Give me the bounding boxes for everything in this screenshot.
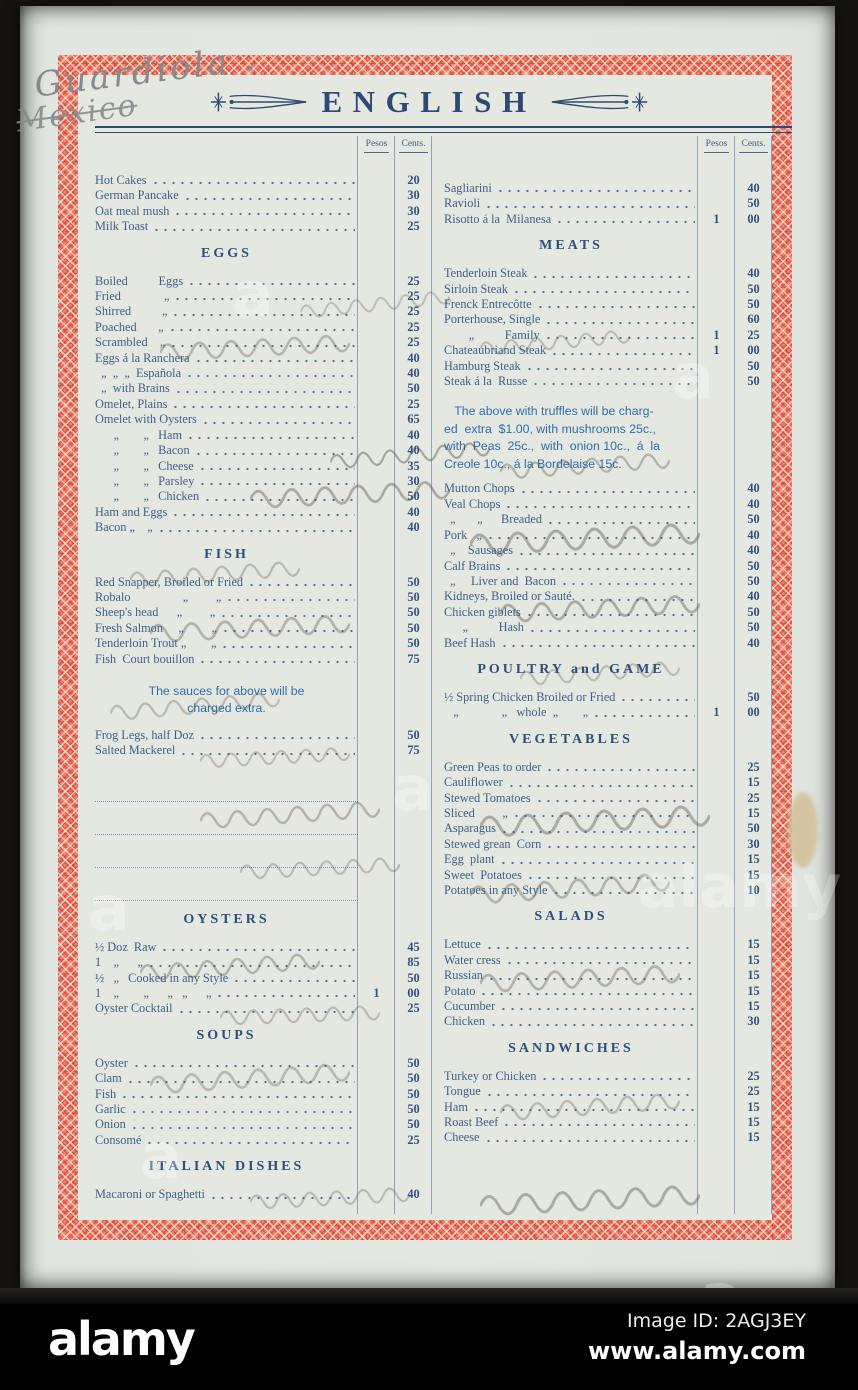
- item-price-cents: 20: [395, 173, 432, 188]
- section-heading: ITALIAN DISHES: [95, 1158, 358, 1175]
- title-divider-rule: [95, 126, 792, 133]
- item-price-cents: 50: [735, 690, 772, 705]
- column-divider-rule: [431, 136, 432, 1214]
- item-price-cents: 30: [735, 1014, 772, 1029]
- item-price-cents: 50: [395, 1056, 432, 1071]
- item-name: Sirloin Steak: [444, 282, 508, 297]
- dot-leader: [147, 964, 355, 968]
- item-price-cents: 50: [395, 381, 432, 396]
- item-price-cents: 40: [735, 589, 772, 604]
- dot-leader: [544, 336, 695, 340]
- item-name: Ham and Eggs: [95, 505, 167, 520]
- dot-leader: [487, 977, 695, 981]
- photo-canvas: Guardiola . Mexico ENGLISH P: [0, 0, 858, 1390]
- menu-item-row: Risotto á la Milanesa100: [444, 212, 772, 227]
- item-price-cents: 50: [395, 1087, 432, 1102]
- dot-leader: [512, 814, 695, 818]
- menu-note: The above with truffles will be charg- e…: [444, 403, 698, 473]
- menu-items-group: Green Peas to order25Cauliflower15Stewed…: [444, 760, 772, 899]
- item-name: Egg plant: [444, 852, 495, 867]
- item-name: Milk Toast: [95, 219, 148, 234]
- section-heading: OYSTERS: [95, 911, 358, 928]
- item-name: Sheep's head „ „: [95, 605, 215, 620]
- item-price-cents: 75: [395, 743, 432, 758]
- item-price-cents: 25: [395, 1001, 432, 1016]
- blank-writing-line: [95, 802, 358, 835]
- dot-leader: [173, 212, 355, 216]
- item-name: Clam: [95, 1071, 122, 1086]
- dot-leader: [225, 598, 355, 602]
- left-column: Pesos Cents. Hot Cakes20German Pancake30…: [95, 136, 432, 1214]
- item-name: Turkey or Chicken: [444, 1069, 536, 1084]
- menu-item-row: „ „ „ Española40: [95, 366, 432, 381]
- menu-item-row: „ „ Cheese35: [95, 459, 432, 474]
- menu-item-row: Chateaubriand Steak100: [444, 343, 772, 358]
- menu-item-row: Omelet, Plains25: [95, 397, 432, 412]
- menu-items-group: ½ Doz Raw451 „ „85½ „ Cooked in any Styl…: [95, 940, 432, 1017]
- item-price-cents: 15: [735, 968, 772, 983]
- dot-leader: [525, 613, 695, 617]
- item-name: Veal Chops: [444, 497, 500, 512]
- item-price-cents: 40: [735, 266, 772, 281]
- item-price-cents: 15: [735, 1115, 772, 1130]
- section-heading: MEATS: [444, 237, 698, 254]
- menu-item-row: Oat meal mush30: [95, 204, 432, 219]
- menu-item-row: Onion50: [95, 1117, 432, 1132]
- menu-item-row: Stewed grean Corn30: [444, 837, 772, 852]
- item-price-cents: 50: [735, 559, 772, 574]
- menu-item-row: „ „ Breaded50: [444, 512, 772, 527]
- item-name: „ „ Parsley: [95, 474, 194, 489]
- menu-item-row: Potatoes in any Style10: [444, 883, 772, 898]
- menu-item-row: Mutton Chops40: [444, 481, 772, 496]
- item-name: „ Hash: [444, 620, 524, 635]
- dot-leader: [198, 482, 355, 486]
- item-price-cents: 40: [735, 528, 772, 543]
- item-name: „ with Brains: [95, 381, 170, 396]
- menu-item-row: Chicken30: [444, 1014, 772, 1029]
- menu-item-row: Calf Brains50: [444, 559, 772, 574]
- dot-leader: [472, 1108, 695, 1112]
- menu-item-row: Oyster50: [95, 1056, 432, 1071]
- item-name: Bacon „ „: [95, 520, 153, 535]
- item-price-cents: 00: [735, 343, 772, 358]
- menu-items-group: Lettuce15Water cress15Russian15Potato15C…: [444, 937, 772, 1029]
- item-name: Kidneys, Broiled or Sauté.: [444, 589, 575, 604]
- item-name: 1 „ „ „ „ „: [95, 986, 211, 1001]
- item-name: Poached „: [95, 320, 164, 335]
- menu-item-row: Hot Cakes20: [95, 173, 432, 188]
- item-price-cents: 30: [395, 188, 432, 203]
- page-title: ENGLISH: [321, 84, 536, 120]
- menu-item-row: Egg plant15: [444, 852, 772, 867]
- item-name: Pork „: [444, 528, 482, 543]
- dot-leader: [505, 961, 695, 965]
- item-name: Cauliflower: [444, 775, 503, 790]
- item-name: Chicken giblets: [444, 605, 521, 620]
- item-price-cents: 50: [395, 621, 432, 636]
- cents-column-label: Cents.: [399, 139, 427, 153]
- menu-item-row: Sweet Potatoes15: [444, 868, 772, 883]
- menu-item-row: Red Snapper, Broiled or Fried50: [95, 575, 432, 590]
- item-name: Frog Legs, half Doz: [95, 728, 194, 743]
- dot-leader: [220, 645, 355, 649]
- menu-item-row: „ with Brains50: [95, 381, 432, 396]
- menu-item-row: Ham and Eggs40: [95, 505, 432, 520]
- menu-item-row: Green Peas to order25: [444, 760, 772, 775]
- left-column-content: Hot Cakes20German Pancake30Oat meal mush…: [95, 136, 432, 1203]
- menu-item-row: ½ Doz Raw45: [95, 940, 432, 955]
- menu-item-row: Macaroni or Spaghetti40: [95, 1187, 432, 1202]
- item-price-cents: 25: [395, 274, 432, 289]
- dot-leader: [560, 582, 695, 586]
- dot-leader: [173, 297, 355, 301]
- dot-leader: [198, 736, 355, 740]
- item-name: „ Sausages: [444, 543, 513, 558]
- dot-leader: [486, 536, 695, 540]
- dot-leader: [219, 614, 355, 618]
- section-heading: VEGETABLES: [444, 731, 698, 748]
- menu-items-group: Macaroni or Spaghetti40: [95, 1187, 432, 1202]
- item-name: Fish: [95, 1087, 116, 1102]
- pesos-column-label: Pesos: [704, 139, 730, 153]
- dot-leader: [201, 421, 355, 425]
- menu-item-row: Frenck Entrecôtte50: [444, 297, 772, 312]
- menu-item-row: Hamburg Steak50: [444, 359, 772, 374]
- dot-leader: [512, 290, 695, 294]
- item-price-cents: 50: [395, 636, 432, 651]
- dot-leader: [592, 714, 695, 718]
- item-name: Chateaubriand Steak: [444, 343, 546, 358]
- dot-leader: [185, 374, 355, 378]
- menu-items-group: Oyster50Clam50Fish50Garlic50Onion50Conso…: [95, 1056, 432, 1148]
- item-name: Steak á la Russe: [444, 374, 527, 389]
- alamy-logo: alamy: [48, 1312, 194, 1366]
- item-name: Oat meal mush: [95, 204, 169, 219]
- item-price-cents: 40: [735, 181, 772, 196]
- item-name: Onion: [95, 1117, 126, 1132]
- dot-leader: [157, 529, 355, 533]
- menu-item-row: Shirred „25: [95, 304, 432, 319]
- dot-leader: [130, 1110, 355, 1114]
- price-column-headers: Pesos Cents.: [698, 139, 772, 153]
- dot-leader: [132, 1064, 355, 1068]
- item-name: Salted Mackerel: [95, 743, 175, 758]
- section-heading: POULTRY and GAME: [444, 661, 698, 678]
- item-price-cents: 25: [735, 760, 772, 775]
- item-price-cents: 50: [395, 1117, 432, 1132]
- item-price-cents: 85: [395, 955, 432, 970]
- item-name: Eggs á la Ranchera: [95, 351, 190, 366]
- dot-leader: [484, 205, 695, 209]
- blank-writing-line: [95, 835, 358, 868]
- section-heading: EGGS: [95, 245, 358, 262]
- dot-leader: [120, 1095, 355, 1099]
- item-name: Red Snapper, Broiled or Fried: [95, 575, 243, 590]
- item-name: „ „ Ham: [95, 428, 182, 443]
- dot-leader: [528, 629, 695, 633]
- item-price-cents: 40: [395, 520, 432, 535]
- menu-item-row: Beef Hash40: [444, 636, 772, 651]
- item-name: Green Peas to order: [444, 760, 541, 775]
- menu-item-row: „ Sausages40: [444, 543, 772, 558]
- item-price-cents: 50: [395, 489, 432, 504]
- menu-item-row: „ „ whole „ „100: [444, 705, 772, 720]
- item-price-cents: 15: [735, 984, 772, 999]
- menu-items-group: Frog Legs, half Doz50Salted Mackerel75: [95, 728, 432, 759]
- item-price-cents: 25: [395, 397, 432, 412]
- dot-leader: [160, 948, 355, 952]
- item-name: Cucumber: [444, 999, 495, 1014]
- menu-item-row: Porterhouse, Single60: [444, 312, 772, 327]
- menu-note: The sauces for above will be charged ext…: [95, 683, 358, 718]
- item-price-cents: 40: [735, 497, 772, 512]
- dot-leader: [517, 552, 695, 556]
- item-price-cents: 15: [735, 953, 772, 968]
- menu-item-row: „ Liver and Bacon50: [444, 574, 772, 589]
- item-name: Cheese: [444, 1130, 480, 1145]
- menu-item-row: „ Family125: [444, 328, 772, 343]
- item-name: Ravioli: [444, 196, 480, 211]
- dot-leader: [552, 891, 696, 895]
- item-price-cents: 50: [735, 821, 772, 836]
- menu-item-row: Fish50: [95, 1087, 432, 1102]
- dot-leader: [130, 1126, 355, 1130]
- menu-item-row: Bacon „ „40: [95, 520, 432, 535]
- item-name: „ „ Chicken: [95, 489, 199, 504]
- item-price-cents: 00: [395, 986, 432, 1001]
- right-column: Pesos Cents. Sagliarini40Ravioli50Risott…: [444, 136, 772, 1214]
- item-price-cents: 40: [395, 1187, 432, 1202]
- dot-leader: [525, 367, 695, 371]
- item-name: German Pancake: [95, 188, 179, 203]
- item-price-cents: 50: [735, 282, 772, 297]
- item-name: Stewed grean Corn: [444, 837, 541, 852]
- item-price-cents: 15: [735, 775, 772, 790]
- item-name: Tenderloin Steak: [444, 266, 527, 281]
- dot-leader: [531, 382, 695, 386]
- item-name: Asparagus: [444, 821, 496, 836]
- item-price-pesos: 1: [358, 986, 395, 1001]
- item-price-cents: 50: [735, 605, 772, 620]
- item-name: Risotto á la Milanesa: [444, 212, 551, 227]
- menu-item-row: Roast Beef15: [444, 1115, 772, 1130]
- item-price-cents: 15: [735, 1100, 772, 1115]
- item-price-cents: 15: [735, 852, 772, 867]
- item-name: Oyster: [95, 1056, 128, 1071]
- item-price-cents: 50: [395, 728, 432, 743]
- item-price-pesos: 1: [698, 328, 735, 343]
- blank-lines-group: [95, 769, 358, 901]
- blank-writing-line: [95, 868, 358, 901]
- item-name: Garlic: [95, 1102, 126, 1117]
- menu-item-row: Poached „25: [95, 320, 432, 335]
- menu-item-row: Tongue25: [444, 1084, 772, 1099]
- menu-item-row: ½ Spring Chicken Broiled or Fried50: [444, 690, 772, 705]
- item-name: Hamburg Steak: [444, 359, 521, 374]
- menu-items-group: Hot Cakes20German Pancake30Oat meal mush…: [95, 173, 432, 235]
- item-price-cents: 30: [395, 474, 432, 489]
- dot-leader: [526, 876, 695, 880]
- dot-leader: [171, 405, 355, 409]
- dot-leader: [555, 220, 695, 224]
- dot-leader: [221, 629, 355, 633]
- item-price-cents: 15: [735, 937, 772, 952]
- title-flourish-right: [551, 89, 649, 115]
- item-name: „ „ „ Española: [95, 366, 181, 381]
- column-edge-rule: [771, 136, 772, 1214]
- item-price-cents: 50: [735, 374, 772, 389]
- item-price-cents: 25: [395, 304, 432, 319]
- dot-leader: [186, 436, 355, 440]
- dot-leader: [485, 946, 695, 950]
- item-price-cents: 40: [735, 636, 772, 651]
- section-heading: SANDWICHES: [444, 1040, 698, 1057]
- item-price-cents: 15: [735, 868, 772, 883]
- item-name: Calf Brains: [444, 559, 500, 574]
- item-price-cents: 40: [735, 543, 772, 558]
- menu-item-row: „ „ Ham40: [95, 428, 432, 443]
- item-price-cents: 35: [395, 459, 432, 474]
- menu-item-row: Fried „25: [95, 289, 432, 304]
- right-column-content: Sagliarini40Ravioli50Risotto á la Milane…: [444, 136, 772, 1146]
- menu-item-row: Consomé25: [95, 1133, 432, 1148]
- price-rule: [734, 136, 735, 1214]
- dot-leader: [169, 344, 355, 348]
- menu-item-row: 1 „ „85: [95, 955, 432, 970]
- dot-leader: [152, 228, 355, 232]
- menu-item-row: Clam50: [95, 1071, 432, 1086]
- dot-leader: [484, 1139, 695, 1143]
- menu-item-row: 1 „ „ „ „ „100: [95, 986, 432, 1001]
- item-price-cents: 40: [395, 443, 432, 458]
- menu-item-row: Kidneys, Broiled or Sauté.40: [444, 589, 772, 604]
- menu-item-row: Stewed Tomatoes25: [444, 791, 772, 806]
- item-price-cents: 50: [735, 620, 772, 635]
- item-name: ½ Spring Chicken Broiled or Fried: [444, 690, 615, 705]
- item-name: Ham: [444, 1100, 468, 1115]
- watermark-bar: alamy Image ID: 2AGJ3EY www.alamy.com: [0, 1304, 858, 1390]
- item-name: Consomé: [95, 1133, 141, 1148]
- dot-leader: [194, 359, 355, 363]
- menu-item-row: Cheese15: [444, 1130, 772, 1145]
- section-heading: SALADS: [444, 908, 698, 925]
- dot-leader: [550, 352, 695, 356]
- item-price-cents: 50: [735, 196, 772, 211]
- price-rule: [357, 136, 358, 1214]
- menu-items-group: Sagliarini40Ravioli50Risotto á la Milane…: [444, 181, 772, 227]
- item-price-cents: 50: [735, 359, 772, 374]
- pesos-column-label: Pesos: [364, 139, 390, 153]
- item-name: Roast Beef: [444, 1115, 498, 1130]
- dot-leader: [507, 784, 695, 788]
- menu-item-row: Fish Court bouillon75: [95, 652, 432, 667]
- paper-stain: [788, 792, 818, 868]
- item-name: Hot Cakes: [95, 173, 147, 188]
- item-price-cents: 40: [395, 366, 432, 381]
- dot-leader: [183, 197, 355, 201]
- dot-leader: [145, 1141, 355, 1145]
- item-name: „ Family: [444, 328, 540, 343]
- item-name: Sliced „: [444, 806, 508, 821]
- item-name: „ „ whole „ „: [444, 705, 588, 720]
- item-price-cents: 50: [395, 1071, 432, 1086]
- item-name: Boiled Eggs: [95, 274, 183, 289]
- item-price-cents: 25: [735, 328, 772, 343]
- menu-items-group: ½ Spring Chicken Broiled or Fried50 „ „ …: [444, 690, 772, 721]
- item-price-cents: 25: [395, 1133, 432, 1148]
- item-price-cents: 40: [735, 481, 772, 496]
- menu-item-row: Eggs á la Ranchera40: [95, 351, 432, 366]
- item-price-cents: 15: [735, 1130, 772, 1145]
- menu-item-row: Tenderloin Steak40: [444, 266, 772, 281]
- dot-leader: [215, 994, 355, 998]
- item-price-cents: 10: [735, 883, 772, 898]
- dot-leader: [535, 799, 695, 803]
- menu-item-row: Asparagus50: [444, 821, 772, 836]
- item-name: „ „ Breaded: [444, 512, 542, 527]
- menu-items-group: Turkey or Chicken25Tongue25Ham15Roast Be…: [444, 1069, 772, 1146]
- item-name: 1 „ „: [95, 955, 143, 970]
- item-price-cents: 25: [735, 1069, 772, 1084]
- item-name: Shirred „: [95, 304, 167, 319]
- menu-item-row: Turkey or Chicken25: [444, 1069, 772, 1084]
- item-price-cents: 30: [395, 204, 432, 219]
- dot-leader: [198, 467, 355, 471]
- item-name: Mutton Chops: [444, 481, 515, 496]
- item-name: Sagliarini: [444, 181, 492, 196]
- item-name: Sweet Potatoes: [444, 868, 522, 883]
- section-heading: FISH: [95, 546, 358, 563]
- item-name: Beef Hash: [444, 636, 496, 651]
- menu-item-row: Tenderloin Trout „ „50: [95, 636, 432, 651]
- item-price-cents: 25: [395, 219, 432, 234]
- item-name: „ Liver and Bacon: [444, 574, 556, 589]
- dot-leader: [485, 1093, 695, 1097]
- dot-leader: [126, 1080, 355, 1084]
- dot-leader: [500, 644, 695, 648]
- menu-items-group: Red Snapper, Broiled or Fried50Robalo „ …: [95, 575, 432, 667]
- dot-leader: [504, 505, 695, 509]
- alamy-url-text: www.alamy.com: [588, 1337, 806, 1365]
- item-name: Oyster Cocktail: [95, 1001, 173, 1016]
- dot-leader: [194, 452, 355, 456]
- dot-leader: [177, 1010, 355, 1014]
- dot-leader: [187, 282, 355, 286]
- item-price-cents: 75: [395, 652, 432, 667]
- dot-leader: [168, 328, 355, 332]
- blank-writing-line: [95, 769, 358, 802]
- menu-items-group: Mutton Chops40Veal Chops40 „ „ Breaded50…: [444, 481, 772, 650]
- dot-leader: [500, 830, 695, 834]
- dot-leader: [247, 583, 355, 587]
- menu-item-row: Russian15: [444, 968, 772, 983]
- dot-leader: [489, 1023, 695, 1027]
- menu-item-row: Chicken giblets50: [444, 605, 772, 620]
- dot-leader: [198, 660, 355, 664]
- menu-item-row: „ „ Parsley30: [95, 474, 432, 489]
- item-name: Robalo „ „: [95, 590, 221, 605]
- menu-item-row: Steak á la Russe50: [444, 374, 772, 389]
- item-price-cents: 00: [735, 705, 772, 720]
- item-price-cents: 40: [395, 351, 432, 366]
- item-name: Porterhouse, Single: [444, 312, 540, 327]
- item-name: Frenck Entrecôtte: [444, 297, 532, 312]
- item-name: Omelet, Plains: [95, 397, 167, 412]
- item-name: Fresh Salmon „ „: [95, 621, 217, 636]
- item-name: Tenderloin Trout „ „: [95, 636, 216, 651]
- item-price-cents: 25: [735, 791, 772, 806]
